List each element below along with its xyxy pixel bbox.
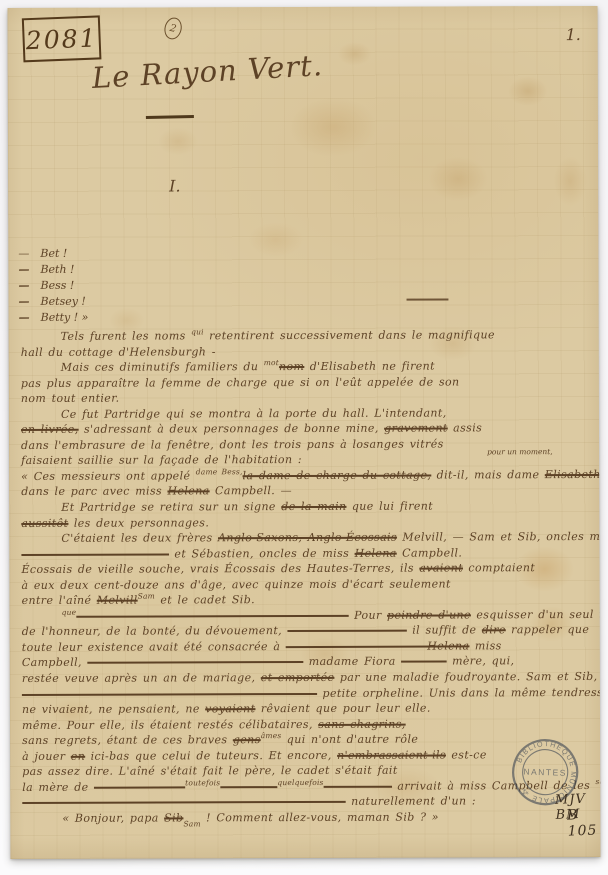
- handwritten-text: à eux deux cent-douze ans d'âge, avec qu…: [22, 577, 451, 591]
- list-dash: —: [18, 278, 40, 294]
- struck-text: aussitôt: [21, 516, 68, 529]
- struck-text: ——————— ————— ——————: [87, 655, 303, 669]
- struck-text: ————————: [94, 780, 185, 793]
- cote-number: 2081: [25, 23, 98, 55]
- handwritten-text: Ce fut Partridge qui se montra à la port…: [61, 406, 447, 420]
- handwritten-text: nom tout entier.: [21, 392, 120, 405]
- handwritten-text: qui n'ont d'autre rôle: [281, 733, 418, 746]
- handwritten-text: ! Comment allez-vous, maman Sib ? »: [201, 810, 439, 824]
- manuscript-paper: 2081 2 1. Le Rayon Vert. I. ———— - —Bet …: [8, 6, 601, 859]
- handwritten-text: est-ce: [446, 748, 487, 761]
- struck-text: Helena: [167, 485, 209, 498]
- interlinear-insertion: que: [62, 608, 77, 617]
- interlinear-insertion: mot: [264, 358, 279, 367]
- chapter-number: I.: [169, 176, 180, 195]
- interlinear-insertion: Sam: [138, 592, 155, 601]
- handwritten-text: sans regrets, étant de ces braves: [22, 733, 233, 747]
- struck-text: ——————— ——— ———— —— ——————: [76, 609, 348, 623]
- handwritten-text: Campbell,: [22, 656, 88, 669]
- manuscript-line: Écossais de vieille souche, vrais Écossa…: [21, 560, 600, 578]
- handwritten-text: Campbell. —: [210, 485, 292, 498]
- margin-note: pour un moment,: [487, 447, 553, 456]
- stray-crossed-mark: ———— -: [407, 294, 449, 304]
- handwritten-text: et Sébastien, oncles de miss: [169, 546, 355, 560]
- shelfmark-line2: B 105: [567, 806, 601, 839]
- handwritten-text: restée veuve après un an de mariage,: [22, 671, 261, 685]
- manuscript-line: restée veuve après un an de mariage, et …: [22, 669, 601, 687]
- handwritten-text: Campbell.: [397, 546, 463, 559]
- circled-number: 2: [162, 16, 184, 41]
- handwritten-text: dans le parc avec miss: [21, 485, 167, 499]
- stain: [288, 97, 378, 157]
- struck-text: ————: [401, 655, 447, 668]
- handwritten-text: Écossais de vieille souche, vrais Écossa…: [21, 562, 419, 576]
- handwritten-text: même. Pour elle, ils étaient restés céli…: [22, 718, 318, 732]
- struck-text: —————— —— ——— ———————— —— —————: [22, 795, 345, 809]
- sublinear-insertion: Sam: [183, 819, 200, 828]
- interlinear-insertion: dame Bess,: [196, 467, 243, 476]
- handwritten-text: que lui firent: [346, 500, 433, 513]
- struck-text: voyaient: [205, 702, 255, 715]
- stain: [158, 127, 198, 155]
- handwritten-text: hall du cottage d'Helensburgh -: [21, 345, 216, 359]
- struck-text: Anglo-Saxons, Anglo-Écossais: [218, 531, 397, 545]
- handwritten-text: les deux personnages.: [68, 516, 209, 529]
- struck-text: peindre d'une: [387, 608, 471, 621]
- name-text: Betsey !: [41, 295, 86, 308]
- handwritten-text: « Bonjour, papa: [62, 811, 164, 824]
- struck-text: dire: [482, 624, 506, 637]
- handwritten-text: madame Fiora: [303, 655, 401, 668]
- handwritten-text: pas plus apparaître la femme de charge q…: [21, 375, 460, 390]
- handwritten-text: faisaient saillie sur la façade de l'hab…: [21, 453, 302, 467]
- handwritten-text: Et Partridge se retira sur un signe: [61, 500, 281, 514]
- struck-text: de la main: [281, 500, 346, 513]
- handwritten-text: assis: [448, 422, 482, 435]
- name-list-item: —Bess !: [18, 278, 88, 294]
- struck-text: —————: [220, 780, 277, 793]
- cote-number-box: 2081: [22, 15, 102, 62]
- struck-text: Sib: [164, 811, 183, 824]
- struck-text: Melvill: [97, 594, 138, 607]
- handwritten-text: C'étaient les deux frères: [61, 531, 218, 545]
- interlinear-insertion: toutefois: [185, 778, 220, 787]
- circled-number-value: 2: [169, 22, 178, 34]
- struck-text: ————— —— —————: [21, 547, 169, 561]
- title-underline: [146, 115, 194, 119]
- interlinear-insertion: âmes: [261, 731, 282, 740]
- struck-text: ——————: [324, 780, 392, 793]
- name-text: Beth !: [40, 263, 74, 276]
- handwritten-text: pas assez dire. L'aîné s'était fait le p…: [22, 764, 398, 778]
- manuscript-line: « Bonjour, papa SibSam ! Comment allez-v…: [22, 809, 600, 827]
- struck-text: —————— ——— ————— ———— ——————: [22, 687, 317, 701]
- struck-text: Elisabeth: [545, 468, 601, 481]
- stain: [248, 222, 303, 257]
- name-list-item: —Betty ! »: [19, 310, 89, 326]
- interlinear-insertion: qui: [191, 327, 204, 336]
- handwritten-text: toute leur existence avait été consacrée…: [22, 640, 286, 654]
- handwritten-text: Pour: [349, 609, 387, 622]
- handwritten-text: la mère de: [22, 781, 94, 794]
- interlinear-insertion: saluer: [596, 777, 601, 786]
- handwritten-text: Tels furent les noms: [61, 329, 191, 342]
- handwritten-text: et le cadet Sib.: [155, 593, 255, 606]
- struck-text: avaient: [419, 562, 463, 575]
- struck-text: nom: [279, 360, 304, 373]
- struck-text: en livrée,: [21, 423, 79, 436]
- manuscript-line: —————— ——— ————— ———— —————— petite orph…: [22, 685, 601, 703]
- list-dash: —: [19, 310, 41, 326]
- struck-text: n'embrassaient-ils: [337, 748, 446, 761]
- struck-text: sans chagrins,: [318, 717, 405, 730]
- struck-text: Helena: [355, 546, 397, 559]
- handwritten-text: Mais ces diminutifs familiers du: [61, 360, 264, 374]
- handwritten-text: à jouer: [22, 750, 71, 763]
- handwritten-text: miss: [469, 639, 501, 652]
- manuscript-line: de l'honneur, de la bonté, du dévouement…: [22, 622, 601, 640]
- handwritten-text: par une maladie foudroyante. Sam et Sib,…: [334, 669, 600, 684]
- name-text: Betty ! »: [41, 311, 89, 324]
- handwritten-text: dit-il, mais dame: [431, 468, 545, 481]
- page-title: Le Rayon Vert.: [91, 48, 333, 95]
- handwritten-text: comptaient: [463, 561, 535, 574]
- stain: [553, 156, 587, 206]
- stain: [508, 76, 548, 106]
- handwritten-text: ici-bas que celui de tuteurs. Et encore,: [85, 749, 337, 763]
- struck-text: gravement: [384, 422, 448, 435]
- handwritten-text: de l'honneur, de la bonté, du dévouement…: [22, 624, 288, 638]
- handwritten-text: mère, qui,: [447, 655, 515, 668]
- struck-text: gens: [233, 733, 261, 746]
- handwritten-text: rêvaient que pour leur elle.: [255, 702, 430, 716]
- struck-text: en: [71, 750, 85, 763]
- struck-text: —————— —— ——— Helena: [286, 639, 470, 653]
- struck-text: la dame de charge du cottage,: [243, 468, 432, 482]
- handwritten-text: d'Elisabeth ne firent: [304, 360, 435, 373]
- name-text: Bess !: [40, 279, 74, 292]
- handwritten-text: il suffit de: [407, 624, 482, 637]
- scanned-manuscript-page: { "colors": { "ink": "#5d4226", "paper":…: [0, 0, 608, 875]
- name-list-item: —Bet !: [18, 246, 88, 262]
- manuscript-line: « Ces messieurs ont appelé dame Bess,la …: [21, 467, 600, 485]
- list-dash: —: [19, 294, 41, 310]
- stamp-center-text: NANTES: [523, 766, 567, 777]
- handwritten-text: retentirent successivement dans le magni…: [204, 328, 495, 342]
- interlinear-insertion: quelquefois: [277, 778, 323, 787]
- handwritten-text: entre l'aîné: [22, 594, 97, 607]
- stain: [338, 42, 372, 66]
- handwritten-text: naturellement d'un :: [346, 795, 476, 808]
- handwritten-text: ne vivaient, ne pensaient, ne: [22, 702, 205, 716]
- name-list-item: —Beth !: [18, 262, 88, 278]
- page-number: 1.: [566, 25, 581, 44]
- handwritten-text: esquisser d'un seul trait ces prototypes: [471, 607, 601, 621]
- struck-text: ———— ——————: [287, 624, 406, 637]
- handwritten-text: s'adressant à deux personnages de bonne …: [79, 422, 385, 436]
- list-dash: —: [18, 246, 40, 262]
- name-list-item: —Betsey !: [19, 294, 89, 310]
- handwritten-text: « Ces messieurs ont appelé: [21, 469, 196, 483]
- handwritten-text: dans l'embrasure de la fenêtre, dont les…: [21, 437, 444, 451]
- handwritten-text: petite orpheline. Unis dans la même tend…: [317, 685, 600, 699]
- handwritten-text: Melvill, — Sam et Sib, oncles maternels,…: [397, 530, 600, 544]
- list-dash: —: [18, 262, 40, 278]
- struck-text: et emportée: [261, 671, 335, 684]
- manuscript-line: C'étaient les deux frères Anglo-Saxons, …: [21, 529, 600, 547]
- name-text: Bet !: [40, 247, 67, 260]
- names-list: —Bet !—Beth !—Bess !—Betsey !—Betty ! »: [18, 246, 88, 326]
- handwritten-text: rappeler que: [506, 623, 590, 636]
- stain: [428, 156, 488, 201]
